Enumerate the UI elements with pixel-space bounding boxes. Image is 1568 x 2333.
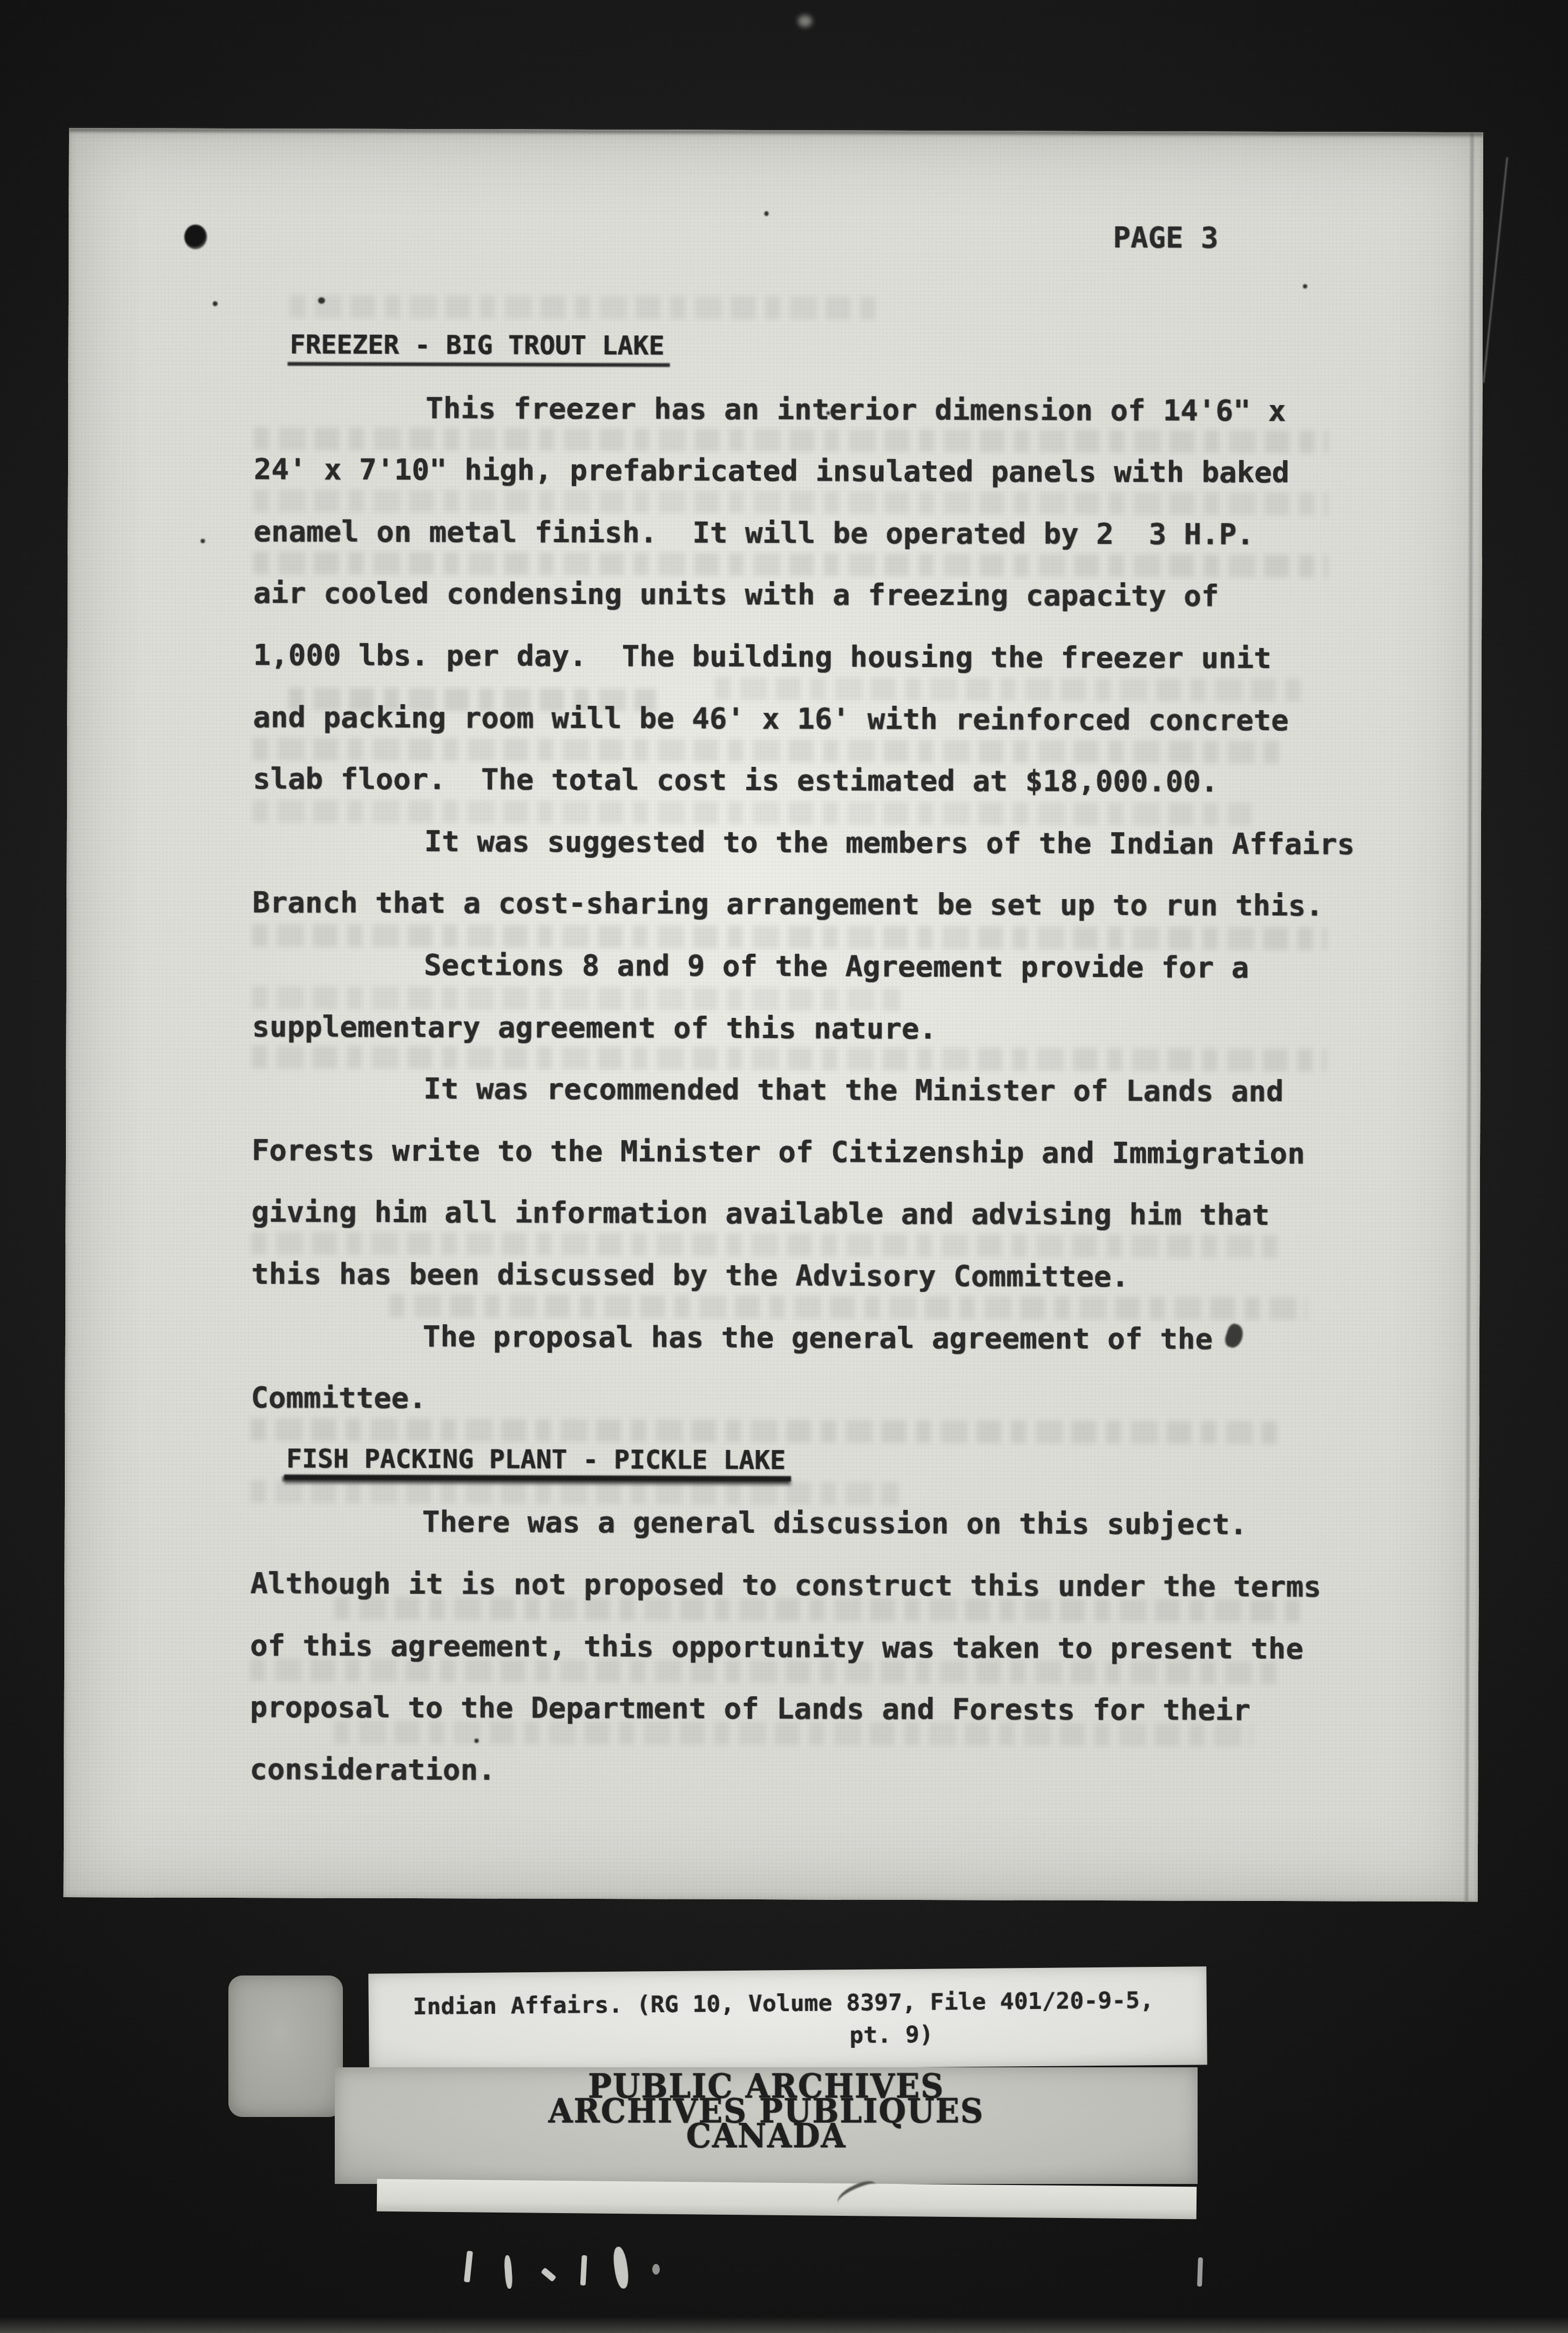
film-scratch [612,2246,631,2290]
ghost-text-smudge [251,1418,1276,1444]
archive-stamp-strip: PUBLIC ARCHIVES ARCHIVES PUBLIQUES CANAD… [335,2067,1198,2184]
film-tab [228,1975,343,2117]
ghost-text-smudge [253,800,1252,826]
ghost-text-smudge [253,738,1279,764]
section-heading: FREEZER - BIG TROUT LAKE [290,330,665,360]
document-line: There was a general discussion on this s… [422,1506,1247,1540]
document-line: It was recommended that the Minister of … [423,1073,1283,1107]
document-line: supplementary agreement of this nature. [252,1011,937,1044]
ghost-text-smudge [251,1480,898,1505]
ghost-text-smudge [290,295,884,319]
film-scratch [1483,157,1508,383]
stamp-line-canada: CANADA [335,2123,1198,2149]
document-line: slab floor. The total cost is estimated … [253,763,1218,798]
ghost-text-smudge [253,551,1328,577]
document-line: giving him all information available and… [252,1196,1270,1231]
document-line: 24' x 7'10" high, prefabricated insulate… [254,454,1289,488]
dust-speck [1303,284,1307,288]
document-line: 1,000 lbs. per day. The building housing… [253,639,1272,674]
document-line: this has been discussed by the Advisory … [251,1258,1129,1292]
ghost-text-smudge [252,1046,1327,1071]
document-line: Branch that a cost-sharing arrangement b… [252,887,1323,921]
archive-stamp: PUBLIC ARCHIVES ARCHIVES PUBLIQUES CANAD… [335,2074,1198,2148]
page-number: PAGE 3 [1113,222,1218,254]
section-heading: FISH PACKING PLANT - PICKLE LAKE [286,1444,786,1475]
archive-label-card: Indian Affairs. (RG 10, Volume 8397, Fil… [368,1966,1207,2072]
document-line: of this agreement, this opportunity was … [250,1630,1303,1664]
microfilm-scan: PAGE 3 FREEZER - BIG TROUT LAKEThis free… [0,0,1568,2333]
film-scratch [652,2264,660,2275]
archive-reference-part: pt. 9) [849,2022,934,2048]
ghost-text-smudge [252,986,900,1011]
document-line: Sections 8 and 9 of the Agreement provid… [424,949,1249,983]
document-page: PAGE 3 FREEZER - BIG TROUT LAKEThis free… [64,128,1483,1902]
ghost-text-smudge [715,677,1309,702]
document-line: The proposal has the general agreement o… [423,1321,1213,1355]
ghost-text-smudge [254,427,1328,453]
film-smudge [798,15,812,27]
document-line: consideration. [249,1754,495,1785]
film-strip-highlight [377,2179,1197,2220]
film-scratch [1197,2257,1203,2287]
document-line: This freezer has an interior dimension o… [425,393,1286,427]
document-line: Committee. [251,1382,427,1414]
film-scratch [464,2251,473,2283]
dust-speck [213,301,218,306]
dust-speck [201,539,205,543]
document-line: It was suggested to the members of the I… [424,826,1355,860]
archive-reference: Indian Affairs. (RG 10, Volume 8397, Fil… [413,1987,1154,2020]
document-line: proposal to the Department of Lands and … [250,1691,1251,1726]
document-line: Forests write to the Minister of Citizen… [252,1135,1305,1169]
ghost-text-smudge [252,924,1327,950]
film-edge-glow [0,2317,1568,2333]
film-scratch [540,2267,556,2282]
document-line: air cooled condensing units with a freez… [253,577,1219,612]
ghost-text-smudge [251,1232,1277,1258]
punch-hole-mark [184,225,207,250]
document-line: Although it is not proposed to construct… [250,1568,1321,1602]
ghost-text-smudge [254,489,1328,515]
ghost-text-smudge [389,1294,1307,1320]
film-scratch [580,2255,587,2285]
film-scratch [504,2255,513,2289]
dust-speck [764,211,768,216]
document-line: and packing room will be 46' x 16' with … [253,702,1288,736]
document-line: enamel on metal finish. It will be opera… [254,516,1254,550]
